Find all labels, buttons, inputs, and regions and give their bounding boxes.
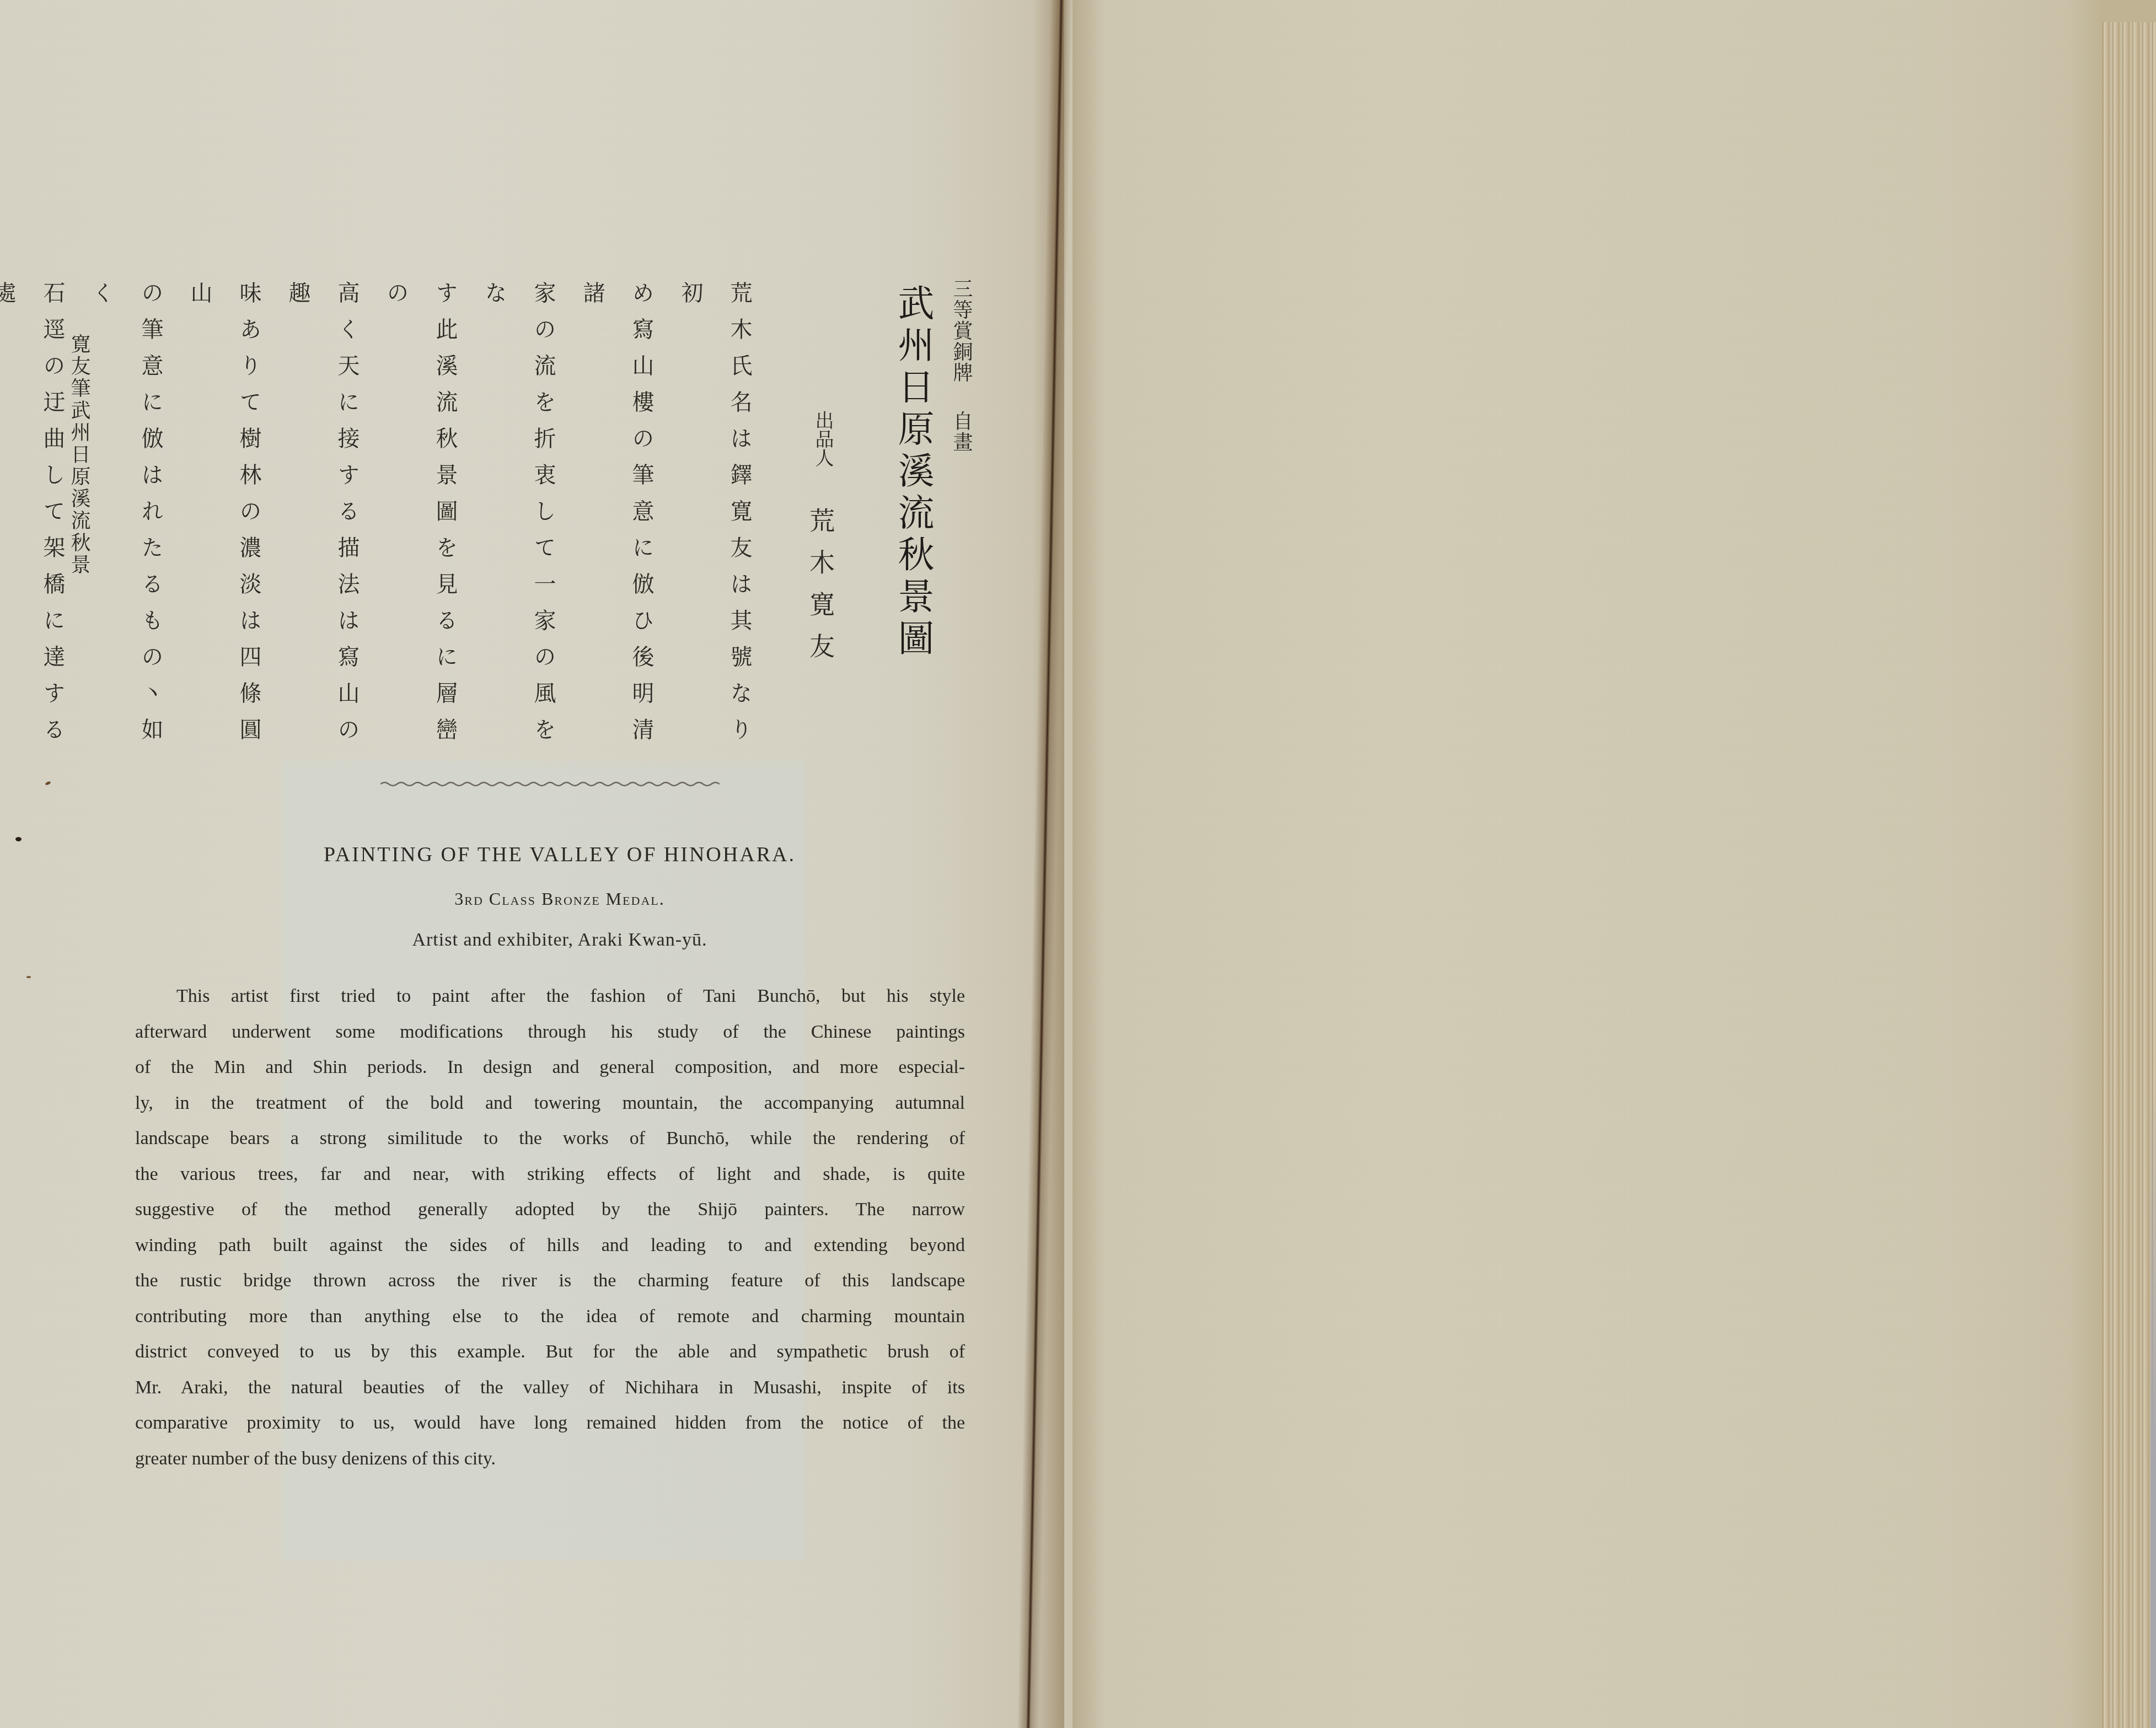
paragraph-line: suggestive of the method generally adopt… xyxy=(135,1192,965,1228)
medal-en: 3rd Class Bronze Medal. xyxy=(298,889,822,909)
medal-note-jp: 自畫 xyxy=(950,411,973,453)
paragraph-line: district conveyed to us by this example.… xyxy=(135,1334,965,1370)
ink-speck xyxy=(45,781,51,786)
artist-en: Artist and exhibiter, Araki Kwan-yū. xyxy=(298,930,822,951)
title-en: PAINTING OF THE VALLEY OF HINOHARA. xyxy=(298,842,822,867)
exhibitor-label-jp: 出品人 xyxy=(809,411,836,467)
side-caption-jp: 寛友筆武州日原溪流秋景 xyxy=(65,334,93,576)
jp-column: 味ありて樹林の濃淡は四條圓山 xyxy=(175,281,273,755)
paragraph-line: contributing more than anything else to … xyxy=(135,1299,965,1335)
description-en: This artist first tried to paint after t… xyxy=(135,979,965,1477)
paragraph-line: landscape bears a strong similitude to t… xyxy=(135,1121,965,1157)
paragraph-line: of the Min and Shin periods. In design a… xyxy=(135,1050,965,1086)
jp-column: す此溪流秋景圖を見るに層巒の xyxy=(371,281,469,755)
left-page: 三等賞銅牌自畫 武州日原溪流秋景圖 出品人 荒木寛友 荒木氏名は鐸寛友は其號なり… xyxy=(0,0,1064,1728)
paragraph-line: the rustic bridge thrown across the rive… xyxy=(135,1263,965,1299)
exhibitor-name-jp: 荒木寛友 xyxy=(802,507,839,675)
wavy-divider xyxy=(380,779,720,790)
page-edges xyxy=(2103,22,2156,1728)
jp-column: 荒木氏名は鐸寛友は其號なり初 xyxy=(666,281,764,755)
jp-column: 家の流を折衷して一家の風をな xyxy=(469,281,567,755)
paragraph-line: afterward underwent some modifications t… xyxy=(135,1015,965,1050)
paragraph-line: winding path built against the sides of … xyxy=(135,1228,965,1264)
jp-column: め寫山樓の筆意に倣ひ後明清諸 xyxy=(567,281,666,755)
description-jp: 荒木氏名は鐸寛友は其號なり初 め寫山樓の筆意に倣ひ後明清諸 家の流を折衷して一家… xyxy=(141,281,764,755)
paragraph-line: ly, in the treatment of the bold and tow… xyxy=(135,1086,965,1121)
paragraph-line: This artist first tried to paint after t… xyxy=(135,979,965,1015)
paragraph-line: Mr. Araki, the natural beauties of the v… xyxy=(135,1370,965,1406)
paragraph-line: the various trees, far and near, with st… xyxy=(135,1157,965,1193)
right-page-blank xyxy=(1072,0,2156,1728)
paragraph-line: greater number of the busy denizens of t… xyxy=(135,1441,965,1477)
title-jp: 武州日原溪流秋景圖 xyxy=(887,284,939,661)
medal-line-jp: 三等賞銅牌自畫 xyxy=(947,278,975,453)
ink-speck xyxy=(15,837,22,841)
medal-label-jp: 三等賞銅牌 xyxy=(950,278,973,383)
paragraph-line: comparative proximity to us, would have … xyxy=(135,1405,965,1441)
jp-column: 高く天に接する描法は寫山の趣 xyxy=(273,281,371,755)
ink-speck xyxy=(26,976,31,978)
